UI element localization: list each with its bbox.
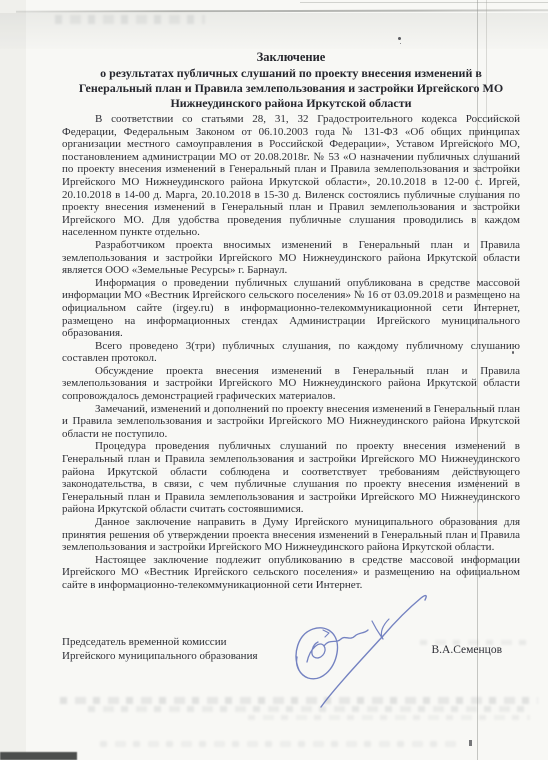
paragraph-9: Настоящее заключение подлежит опубликова… [62,554,520,592]
document-body: В соответствии со статьями 28, 31, 32 Гр… [62,113,520,592]
paragraph-6: Замечаний, изменений и дополнений по про… [62,403,520,441]
bleed-through-streak [55,15,205,24]
scan-tint-left [0,0,26,760]
paragraph-4: Всего проведено 3(три) публичных слушани… [62,340,520,365]
bleed-through-streak [60,697,538,704]
paragraph-7: Процедура проведения публичных слушаний … [62,440,520,516]
paragraph-5: Обсуждение проекта внесения изменений в … [62,365,520,403]
signatory-position-line2: Иргейского муниципального образования [62,650,258,664]
bleed-through-streak [100,741,462,747]
signatory-name: В.А.Семенцов [431,644,502,656]
scan-artifact-top-line [16,9,548,12]
paragraph-1: В соответствии со статьями 28, 31, 32 Гр… [62,113,520,239]
document-title: Заключение [62,50,520,65]
scan-artifact-dash [469,740,472,746]
signature-block: Председатель временной комиссии Иргейско… [62,636,520,663]
paragraph-3: Информация о проведении публичных слушан… [62,277,520,340]
scan-tint-top [0,13,548,49]
paragraph-2: Разработчиком проекта вносимых изменений… [62,239,520,277]
signatory-position-line1: Председатель временной комиссии [62,636,258,650]
document-page: Заключение о результатах публичных слуша… [0,0,548,760]
scan-speck [398,37,401,40]
document-content: Заключение о результатах публичных слуша… [62,50,520,592]
scan-artifact-corner-bar [0,752,77,760]
scan-artifact-top-line-2 [300,2,548,3]
signatory-position: Председатель временной комиссии Иргейско… [62,636,258,663]
paragraph-8: Данное заключение направить в Думу Иргей… [62,516,520,554]
bleed-through-streak [88,706,530,712]
bleed-through-streak [248,715,530,720]
document-subtitle: о результатах публичных слушаний по прое… [62,66,520,111]
